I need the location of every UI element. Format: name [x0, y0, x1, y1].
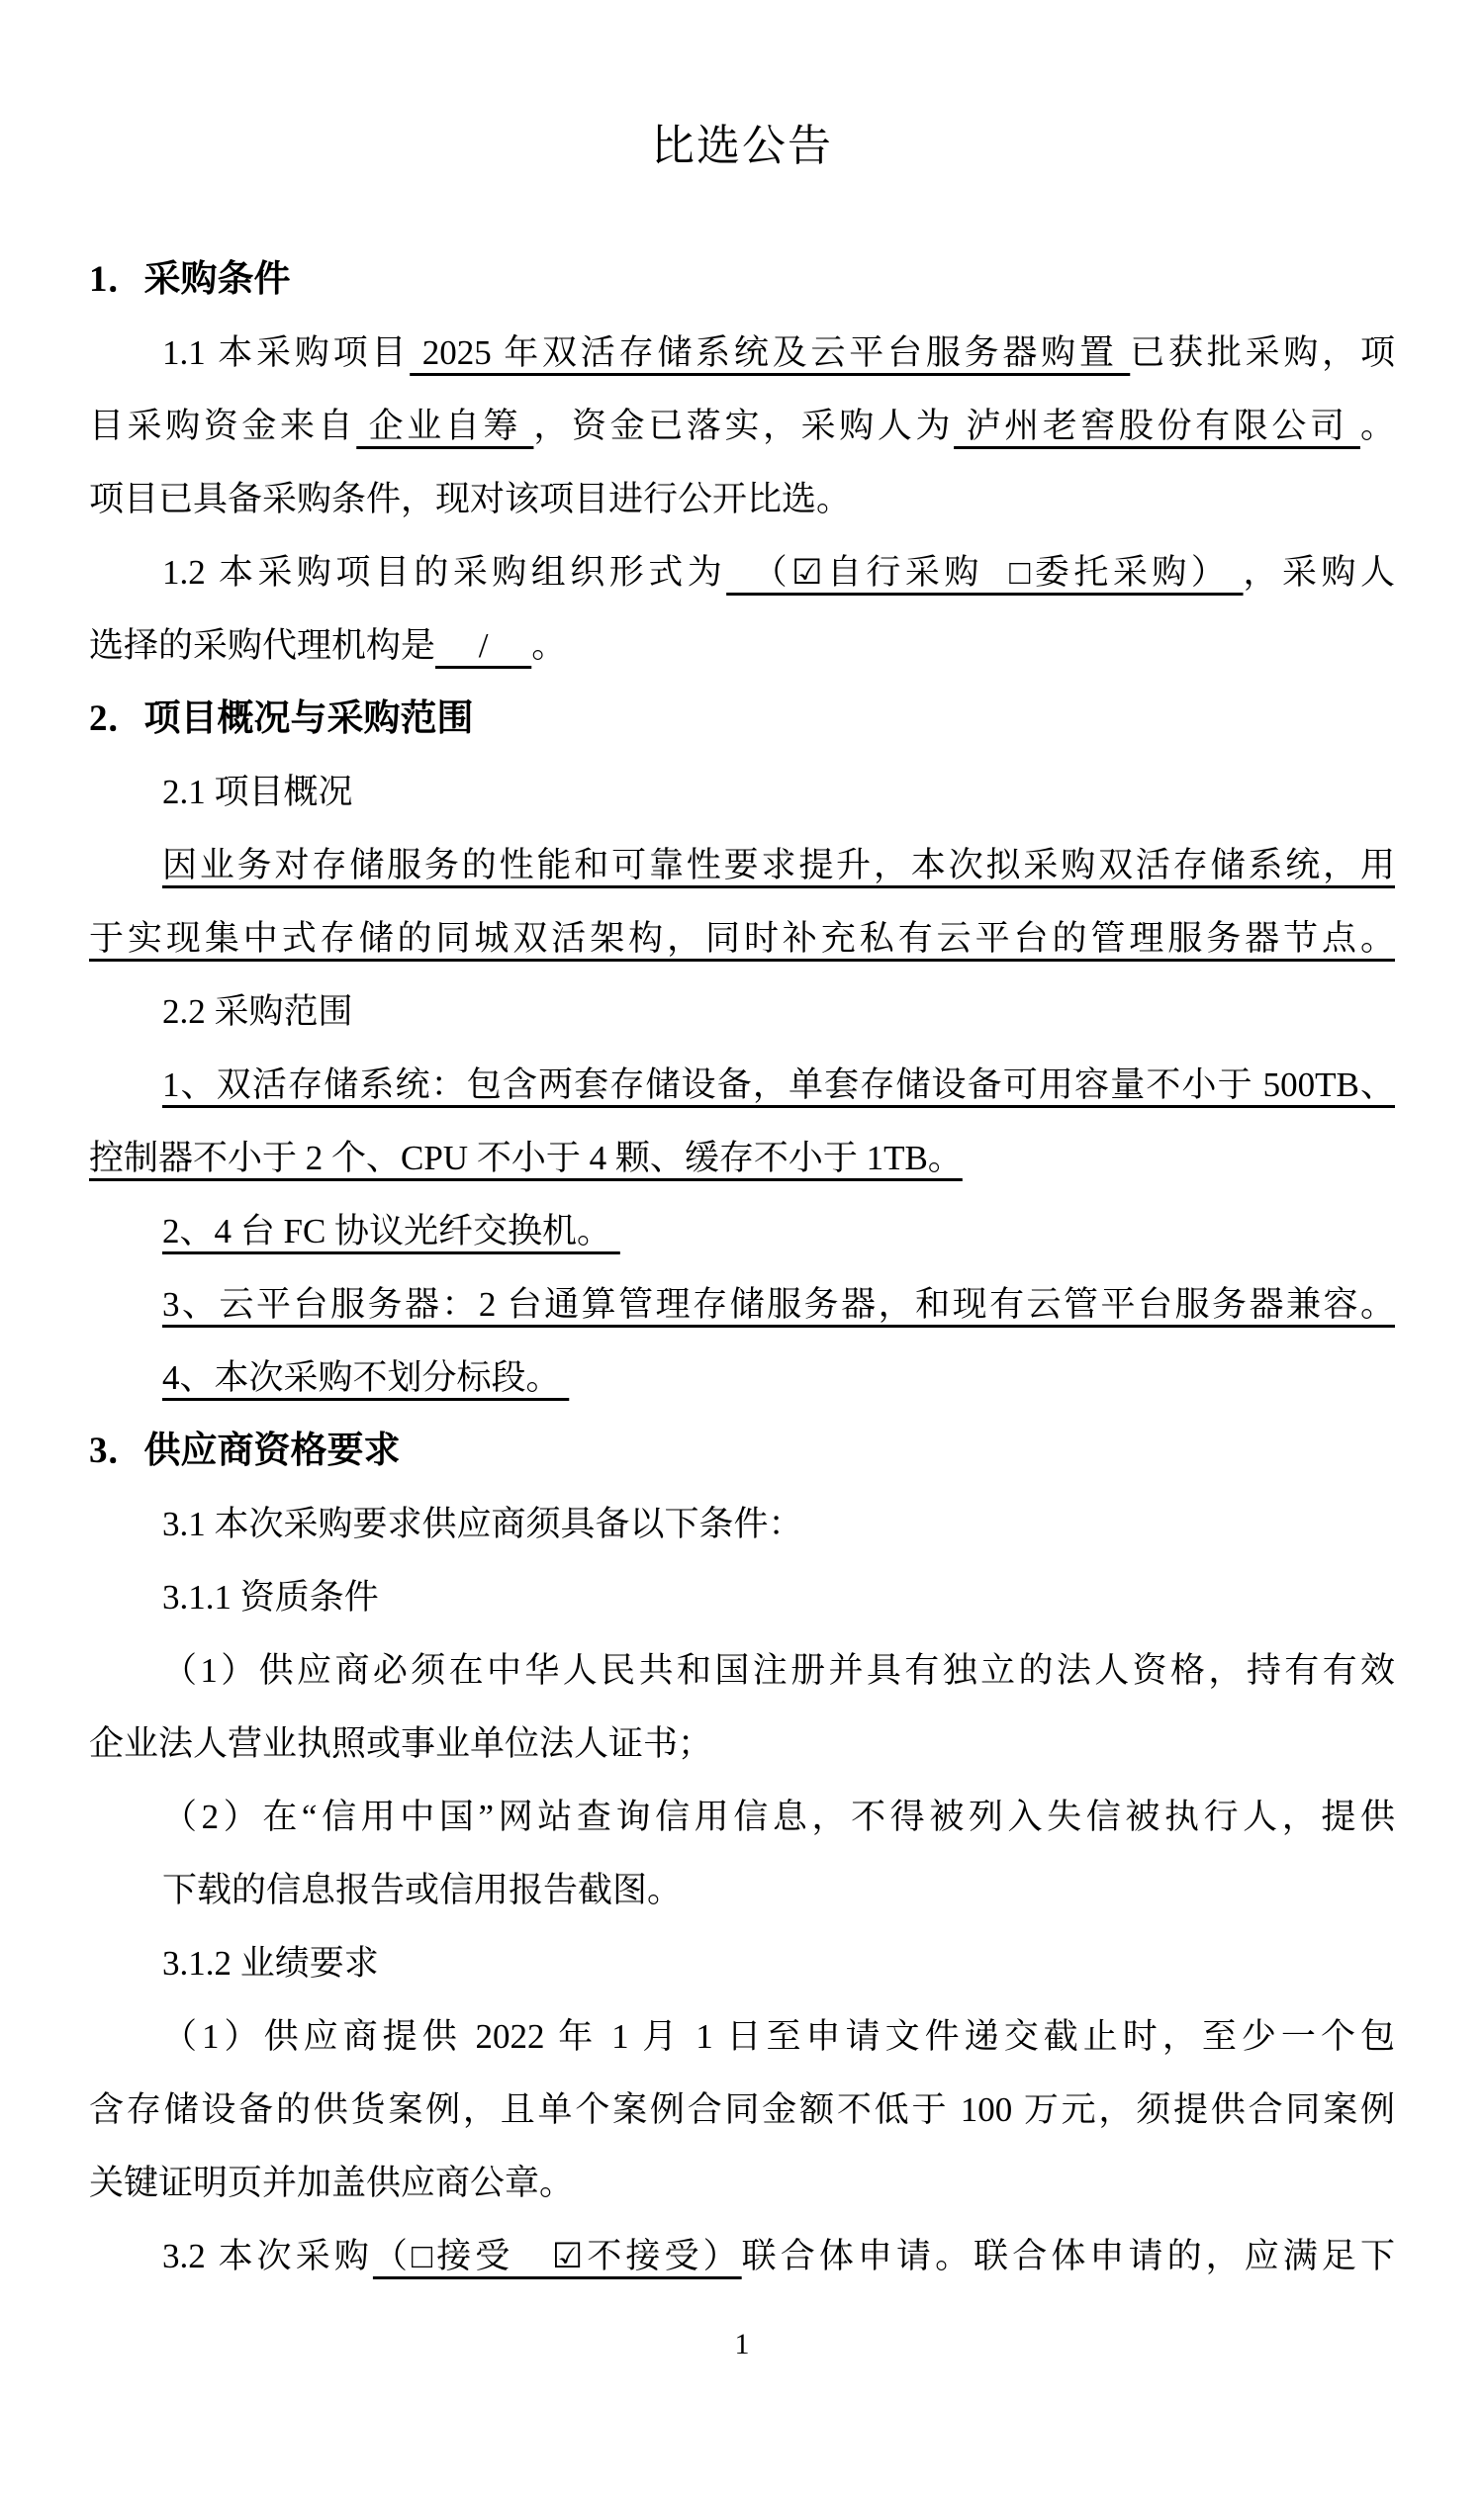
- text-segment: ，采购人: [1244, 553, 1395, 592]
- para-2-1-text-line-2: 于实现集中式存储的同城双活架构，同时补充私有云平台的管理服务器节点。: [89, 902, 1395, 975]
- text-segment: 下载的信息报告或信用报告截图。: [162, 1871, 682, 1909]
- para-2-1-heading: 2.1 项目概况: [89, 756, 1395, 829]
- text-segment: 3．供应商资格要求: [89, 1431, 401, 1471]
- text-segment: 含存储设备的供货案例，且单个案例合同金额不低于 100 万元，须提供合同案例: [89, 2090, 1395, 2129]
- text-segment: ，资金已落实，采购人为: [533, 407, 954, 445]
- section-3-heading: 3．供应商资格要求: [89, 1415, 1395, 1488]
- text-segment: 。: [1360, 407, 1395, 445]
- document-page: 比选公告 1．采购条件1.1 本采购项目 2025 年双活存储系统及云平台服务器…: [0, 0, 1484, 2498]
- text-segment: 选择的采购代理机构是: [89, 626, 435, 665]
- para-1-1-line-3: 项目已具备采购条件，现对该项目进行公开比选。: [89, 463, 1395, 536]
- text-segment: 3.1.2 业绩要求: [162, 1944, 379, 1983]
- para-1-1-line-1: 1.1 本采购项目 2025 年双活存储系统及云平台服务器购置 已获批采购，项: [89, 317, 1395, 390]
- text-segment: 3.2 本次采购: [162, 2237, 373, 2275]
- text-segment: 已获批采购，项: [1130, 333, 1395, 372]
- para-2-1-text-line-1: 因业务对存储服务的性能和可靠性要求提升，本次拟采购双活存储系统，用: [89, 829, 1395, 902]
- text-segment: （2）在“信用中国”网站查询信用信息，不得被列入失信被执行人，提供: [162, 1798, 1395, 1836]
- scope-item-1-line-2: 控制器不小于 2 个、CPU 不小于 4 颗、缓存不小于 1TB。: [89, 1122, 1395, 1195]
- scope-item-2: 2、4 台 FC 协议光纤交换机。: [89, 1195, 1395, 1268]
- underlined-text: 1、双活存储系统：包含两套存储设备，单套存储设备可用容量不小于 500TB、: [162, 1065, 1395, 1104]
- text-segment: （1）供应商提供 2022 年 1 月 1 日至申请文件递交截止时，至少一个包: [162, 2017, 1395, 2056]
- section-2-heading: 2．项目概况与采购范围: [89, 683, 1395, 756]
- text-segment: 1．采购条件: [89, 259, 291, 300]
- document-content: 1．采购条件1.1 本采购项目 2025 年双活存储系统及云平台服务器购置 已获…: [89, 243, 1395, 2293]
- scope-item-4: 4、本次采购不划分标段。: [89, 1342, 1395, 1415]
- text-segment: （1）供应商必须在中华人民共和国注册并具有独立的法人资格，持有有效: [162, 1651, 1395, 1690]
- text-segment: 2.2 采购范围: [162, 992, 353, 1031]
- underlined-text: /: [435, 626, 531, 665]
- performance-1-line-3: 关键证明页并加盖供应商公章。: [89, 2147, 1395, 2220]
- performance-1-line-1: （1）供应商提供 2022 年 1 月 1 日至申请文件递交截止时，至少一个包: [89, 2000, 1395, 2074]
- underlined-text: 于实现集中式存储的同城双活架构，同时补充私有云平台的管理服务器节点。: [89, 919, 1395, 958]
- para-3-1: 3.1 本次采购要求供应商须具备以下条件：: [89, 1488, 1395, 1561]
- scope-item-1-line-1: 1、双活存储系统：包含两套存储设备，单套存储设备可用容量不小于 500TB、: [89, 1049, 1395, 1122]
- qualification-1-line-1: （1）供应商必须在中华人民共和国注册并具有独立的法人资格，持有有效: [89, 1634, 1395, 1708]
- para-1-1-line-2: 目采购资金来自 企业自筹 ，资金已落实，采购人为 泸州老窖股份有限公司 。: [89, 390, 1395, 463]
- text-segment: 2.1 项目概况: [162, 773, 353, 811]
- text-segment: 3.1 本次采购要求供应商须具备以下条件：: [162, 1505, 803, 1543]
- underlined-text: 2025 年双活存储系统及云平台服务器购置: [410, 333, 1130, 372]
- underlined-text: 2、4 台 FC 协议光纤交换机。: [162, 1212, 620, 1250]
- underlined-text: 4、本次采购不划分标段。: [162, 1358, 569, 1397]
- qualification-1-line-2: 企业法人营业执照或事业单位法人证书；: [89, 1708, 1395, 1781]
- underlined-text: 因业务对存储服务的性能和可靠性要求提升，本次拟采购双活存储系统，用: [162, 846, 1395, 884]
- para-1-2-line-2: 选择的采购代理机构是 / 。: [89, 609, 1395, 683]
- scope-item-3: 3、云平台服务器：2 台通算管理存储服务器，和现有云管平台服务器兼容。: [89, 1268, 1395, 1342]
- text-segment: 1.2 本采购项目的采购组织形式为: [162, 553, 726, 592]
- underlined-text: （□接受 ☑不接受）: [373, 2237, 742, 2275]
- text-segment: 联合体申请。联合体申请的，应满足下: [742, 2237, 1395, 2275]
- text-segment: 2．项目概况与采购范围: [89, 698, 474, 739]
- text-segment: 项目已具备采购条件，现对该项目进行公开比选。: [89, 480, 851, 518]
- page-number: 1: [0, 2325, 1484, 2364]
- underlined-text: 企业自筹: [356, 407, 533, 445]
- text-segment: 关键证明页并加盖供应商公章。: [89, 2164, 574, 2202]
- text-segment: 1.1 本采购项目: [162, 333, 410, 372]
- underlined-text: 泸州老窖股份有限公司: [954, 407, 1360, 445]
- para-3-2-line-1: 3.2 本次采购（□接受 ☑不接受）联合体申请。联合体申请的，应满足下: [89, 2220, 1395, 2293]
- text-segment: 目采购资金来自: [89, 407, 356, 445]
- text-segment: 。: [531, 626, 566, 665]
- para-1-2-line-1: 1.2 本采购项目的采购组织形式为 （☑自行采购 □委托采购） ，采购人: [89, 536, 1395, 609]
- para-3-1-1-heading: 3.1.1 资质条件: [89, 1561, 1395, 1634]
- underlined-text: 控制器不小于 2 个、CPU 不小于 4 颗、缓存不小于 1TB。: [89, 1139, 963, 1177]
- section-1-heading: 1．采购条件: [89, 243, 1395, 317]
- para-2-2-heading: 2.2 采购范围: [89, 975, 1395, 1049]
- underlined-text: （☑自行采购 □委托采购）: [726, 553, 1243, 592]
- para-3-1-2-heading: 3.1.2 业绩要求: [89, 1927, 1395, 2000]
- underlined-text: 3、云平台服务器：2 台通算管理存储服务器，和现有云管平台服务器兼容。: [162, 1285, 1395, 1324]
- qualification-2-line-2: 下载的信息报告或信用报告截图。: [89, 1854, 1395, 1927]
- performance-1-line-2: 含存储设备的供货案例，且单个案例合同金额不低于 100 万元，须提供合同案例: [89, 2074, 1395, 2147]
- qualification-2-line-1: （2）在“信用中国”网站查询信用信息，不得被列入失信被执行人，提供: [89, 1781, 1395, 1854]
- text-segment: 3.1.1 资质条件: [162, 1578, 379, 1617]
- text-segment: 企业法人营业执照或事业单位法人证书；: [89, 1724, 712, 1763]
- doc-title: 比选公告: [0, 119, 1484, 174]
